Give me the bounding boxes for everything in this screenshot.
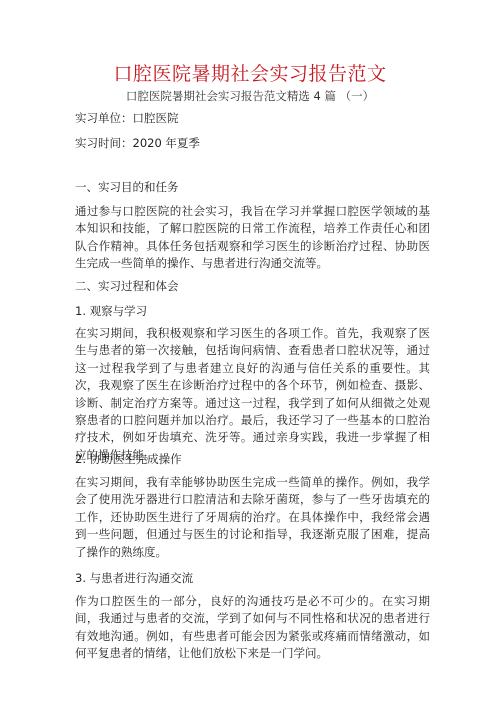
subsection-heading-observe: 1. 观察与学习 — [75, 303, 147, 319]
document-title: 口腔医院暑期社会实习报告范文 — [0, 59, 500, 86]
internship-unit: 实习单位：口腔医院 — [75, 110, 179, 126]
section-paragraph-1: 通过参与口腔医院的社会实习，我旨在学习并掌握口腔医学领域的基本知识和技能，了解口… — [75, 203, 430, 273]
document-subtitle: 口腔医院暑期社会实习报告范文精选 4 篇 （一） — [0, 88, 500, 104]
subsection-paragraph-observe: 在实习期间，我积极观察和学习医生的各项工作。首先，我观察了医生与患者的第一次接触… — [75, 325, 430, 464]
subsection-heading-communicate: 3. 与患者进行沟通交流 — [75, 570, 193, 586]
subsection-paragraph-communicate: 作为口腔医生的一部分，良好的沟通技巧是必不可少的。在实习期间，我通过与患者的交流… — [75, 593, 430, 663]
internship-time: 实习时间：2020 年夏季 — [75, 135, 200, 151]
subsection-heading-assist: 2. 协助医生完成操作 — [75, 451, 182, 467]
section-heading-2: 二、实习过程和体会 — [75, 278, 179, 294]
section-heading-1: 一、实习目的和任务 — [75, 179, 179, 195]
subsection-paragraph-assist: 在实习期间，我有幸能够协助医生完成一些简单的操作。例如，我学会了使用洗牙器进行口… — [75, 474, 430, 561]
